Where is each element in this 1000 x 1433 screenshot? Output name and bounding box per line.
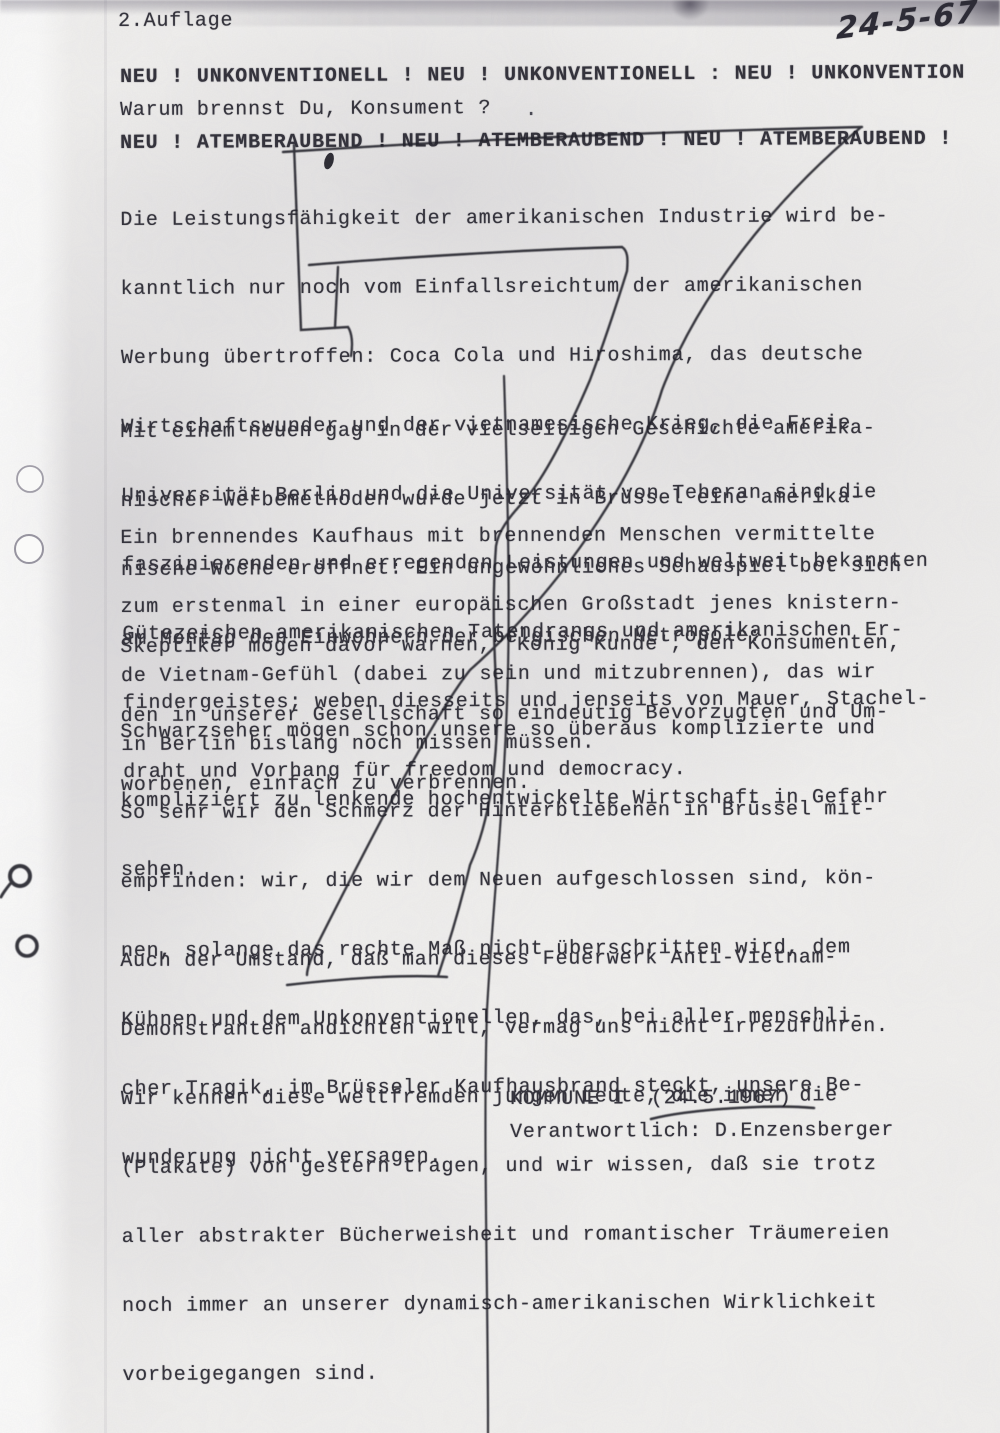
text-line: Ein brennendes Kaufhaus mit brennenden M…	[120, 523, 901, 550]
pen-o-mark-1-tail	[1, 884, 10, 897]
signature-org-line: KOMMUNE I (24.5.1967)	[510, 1087, 792, 1111]
pen-o-mark-2	[17, 936, 37, 956]
headline-question: Warum brennst Du, Konsument ?	[120, 97, 491, 122]
text-line: noch immer an unserer dynamisch-amerikan…	[122, 1291, 890, 1318]
headline-unkonventionell: NEU ! UNKONVENTIONELL ! NEU ! UNKONVENTI…	[120, 62, 965, 89]
paragraph-7: Auch der Umstand, daß man dieses Feuerwe…	[120, 900, 891, 1433]
hole-punch-icons	[15, 466, 43, 563]
stray-typed-dot: .	[525, 99, 538, 122]
scanned-flyer-page: 2.Auflage NEU ! UNKONVENTIONELL ! NEU ! …	[0, 0, 1000, 1433]
text-line: Mit einem neuen gag in der vielseitigen …	[120, 417, 901, 444]
text-line: Skeptiker mögen davor warnen, 'König Kun…	[120, 632, 901, 659]
text-line: So sehr wir den Schmerz der Hinterbliebe…	[120, 798, 875, 825]
text-line: Werbung übertroffen: Coca Cola und Hiros…	[121, 343, 928, 370]
text-line: Demonstranten andichten will, vermag uns…	[121, 1015, 889, 1042]
text-line: Schwarzseher mögen schon unsere so übera…	[120, 717, 888, 744]
text-line: empfinden: wir, die wir dem Neuen aufges…	[121, 867, 876, 894]
handwritten-date: 24-5-67	[836, 0, 997, 47]
headline-atemberaubend: NEU ! ATEMBERAUBEND ! NEU ! ATEMBERAUBEN…	[120, 128, 952, 155]
text-line: kanntlich nur noch vom Einfallsreichtum …	[121, 274, 928, 301]
text-line: Auch der Umstand, daß man dieses Feuerwe…	[120, 946, 888, 973]
pen-o-mark-1	[10, 866, 30, 886]
text-line: aller abstrakter Bücherweisheit und roma…	[122, 1222, 890, 1249]
signature-responsible-line: Verantwortlich: D.Enzensberger	[510, 1119, 894, 1144]
text-line: Die Leistungsfähigkeit der amerikanische…	[120, 205, 927, 232]
text-line: (Plakate) von gestern tragen, und wir wi…	[121, 1153, 889, 1180]
text-line: vorbeigegangen sind.	[122, 1360, 890, 1387]
edition-label: 2.Auflage	[118, 9, 233, 33]
